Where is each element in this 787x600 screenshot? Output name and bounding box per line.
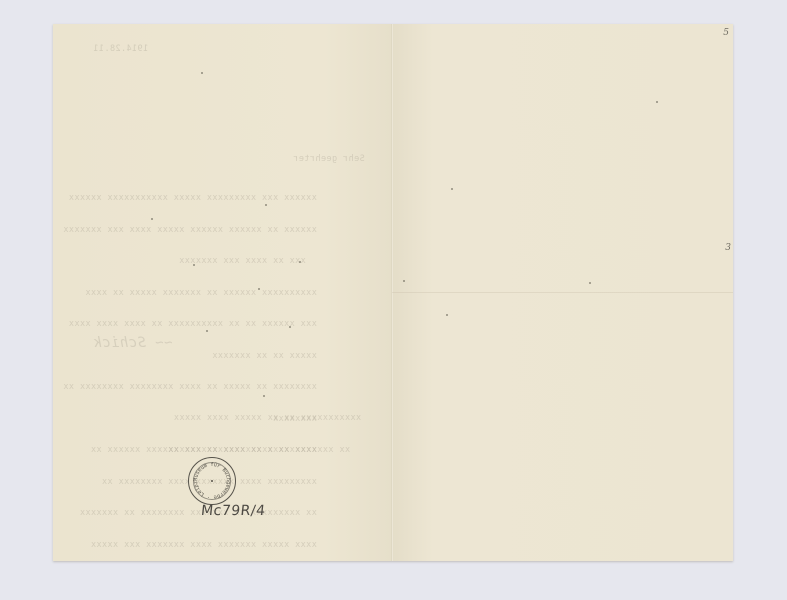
bleed-through-salutation: Sehr geehrter <box>293 154 365 165</box>
bleed-line: xxxxxx xx xxxxxx xxxxxx xxxxx xxxx xxx x… <box>63 225 317 236</box>
bleed-through-date: 1914.28.11 <box>93 44 148 55</box>
bleed-line: xxx xxxxxx xx xx xxxxxxxxxx xx xxxx xxxx… <box>63 319 317 330</box>
bleed-line: xxxxxx xxx xxxxxxxxx xxxxx xxxxxxxxxxx x… <box>63 193 317 204</box>
horizontal-crease <box>392 292 733 293</box>
left-page: 1914.28.11 Sehr geehrter xxxxxx xxx xxxx… <box>53 24 392 561</box>
svg-text:Museum für Buchgewerbe · Leipz: Museum für Buchgewerbe · Leipzig <box>189 458 231 500</box>
bleed-through-body: xxxxxx xxx xxxxxxxxx xxxxx xxxxxxxxxxx x… <box>63 172 317 571</box>
stamp-text: Museum für Buchgewerbe · Leipzig <box>189 458 231 500</box>
bleed-line: xxxxxxxx xx xxxxx xx xxxx xxxxxxxx xxxxx… <box>63 382 317 393</box>
bleed-line: xxx xx xxxx xxx xxxxxxx <box>63 256 317 267</box>
page-number-mid: 3 <box>725 243 731 253</box>
letter-sheet: 1914.28.11 Sehr geehrter xxxxxx xxx xxxx… <box>53 24 733 561</box>
bleed-through-signature: ~~ Schick <box>93 338 172 349</box>
shelfmark: Mc79R/4 <box>200 503 266 519</box>
bleed-line: xxxxx xx xx xxxxxxx <box>63 351 317 362</box>
bleed-line: xxxxxxxxxxx xx xx xxxxx xxxx xxxxx <box>168 413 361 424</box>
bleed-line: xx xxxxxxx xx xxxxxxxxx xxxxxxxxx <box>168 445 361 456</box>
page-number-top: 5 <box>723 28 729 38</box>
bleed-line: xxxxxxxxxx xxxxxx xx xxxxxxx xxxxx xx xx… <box>63 288 317 299</box>
museum-stamp: Museum für Buchgewerbe · Leipzig <box>188 457 236 505</box>
stamp-seal-icon: Museum für Buchgewerbe · Leipzig <box>189 458 235 504</box>
bleed-line: xxxx xxxxx xxxxxxx xxxx xxxxxxx xxx xxxx… <box>63 540 317 551</box>
bleed-line: xx xxxxxxxxx xx xxxxxxx xxxxxxxx xx xxxx… <box>63 508 317 519</box>
